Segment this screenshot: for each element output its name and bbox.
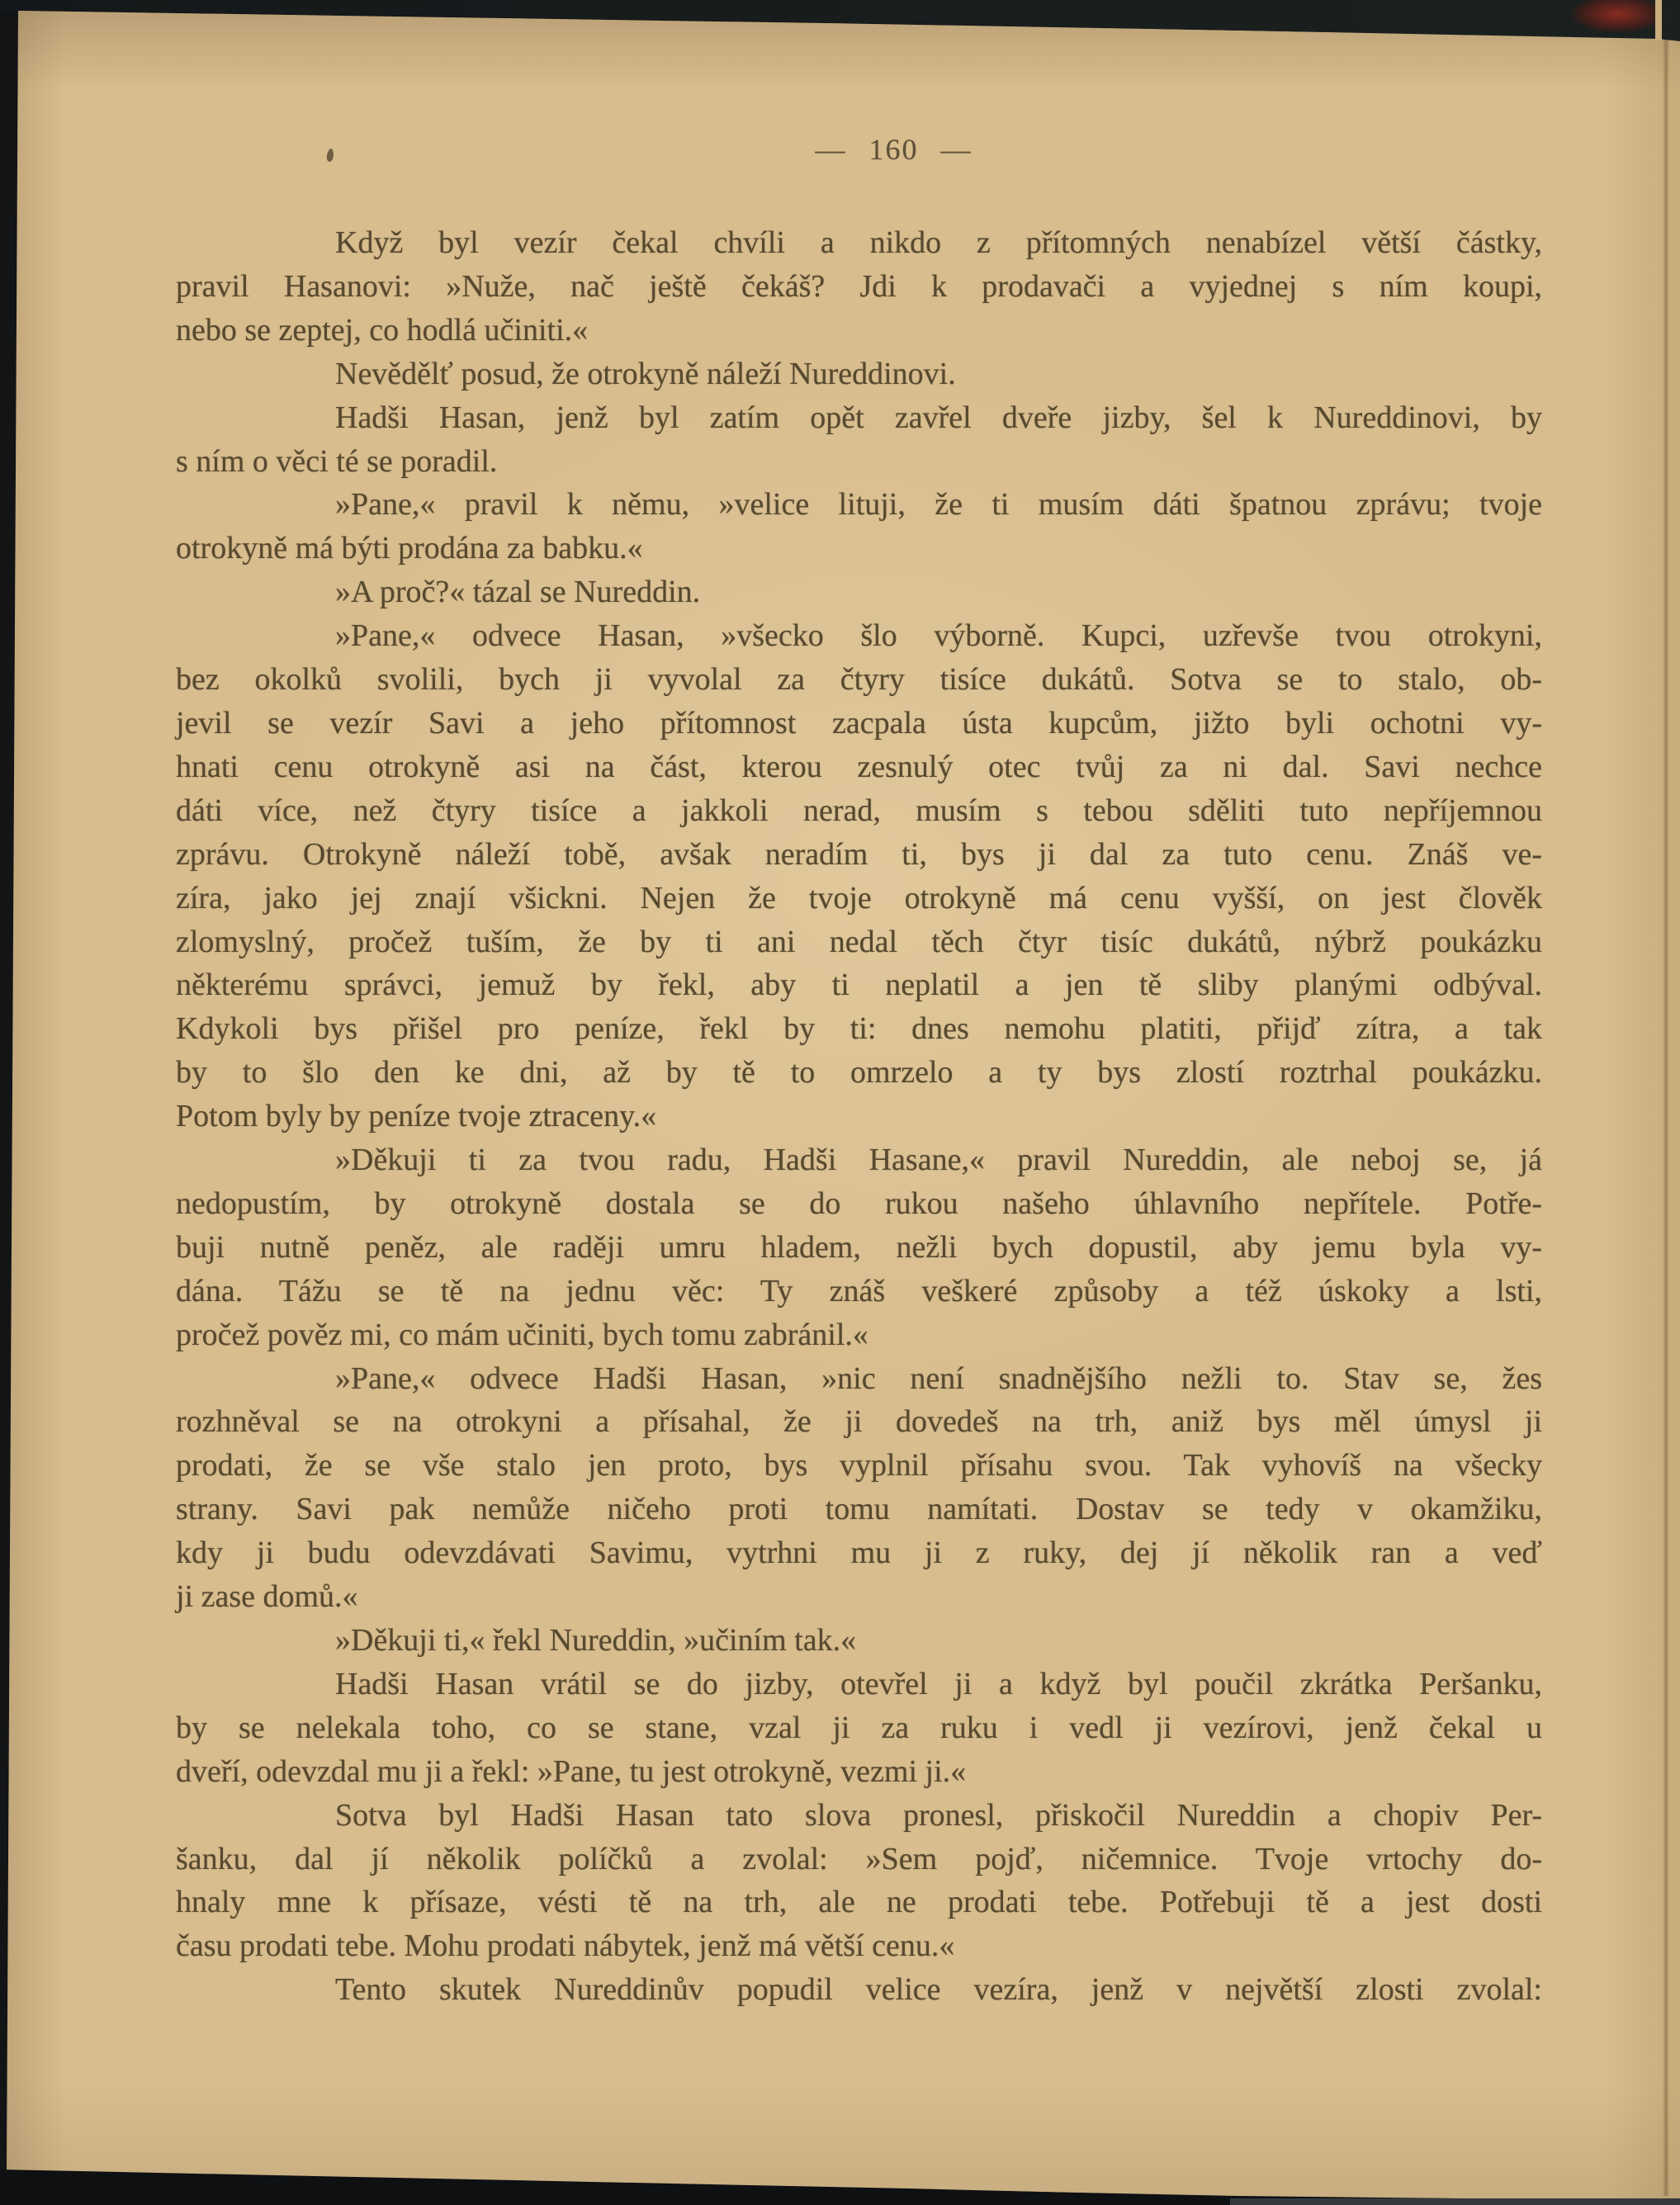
- text-line: času prodati tebe. Mohu prodati nábytek,…: [176, 1924, 1542, 1968]
- text-line: nebo se zeptej, co hodlá učiniti.«: [176, 309, 1542, 353]
- text-line: nedopustím, by otrokyně dostala se do ru…: [176, 1182, 1542, 1226]
- text-line: šanku, dal jí několik políčků a zvolal: …: [176, 1838, 1542, 1881]
- text-line: dáti více, než čtyry tisíce a jakkoli ne…: [176, 789, 1542, 833]
- text-line: Když byl vezír čekal chvíli a nikdo z př…: [176, 221, 1542, 265]
- text-line: zíra, jako jej znají všickni. Nejen že t…: [176, 877, 1542, 920]
- text-line: by se nelekala toho, co se stane, vzal j…: [176, 1706, 1542, 1750]
- bottom-right-gray-strip: [1230, 2198, 1680, 2205]
- text-line: Kdykoli bys přišel pro peníze, řekl by t…: [176, 1007, 1542, 1051]
- text-line: »Pane,« odvece Hasan, »všecko šlo výborn…: [176, 614, 1542, 658]
- text-line: »Pane,« pravil k němu, »velice lituji, ž…: [176, 483, 1542, 527]
- text-line: »Pane,« odvece Hadši Hasan, »nic není sn…: [176, 1357, 1542, 1401]
- text-line: hnati cenu otrokyně asi na část, kterou …: [176, 745, 1542, 789]
- text-line: strany. Savi pak nemůže ničeho proti tom…: [176, 1488, 1542, 1531]
- text-line: Hadši Hasan vrátil se do jizby, otevřel …: [176, 1663, 1542, 1706]
- text-line: Nevědělť posud, že otrokyně náleží Nured…: [176, 353, 1542, 396]
- text-line: otrokyně má býti prodána za babku.«: [176, 527, 1542, 570]
- body-text: Když byl vezír čekal chvíli a nikdo z př…: [176, 221, 1542, 2012]
- text-line: pročež pověz mi, co mám učiniti, bych to…: [176, 1313, 1542, 1357]
- page-edge-line-top: [1655, 0, 1662, 40]
- text-line: zlomyslný, pročež tuším, že by ti ani ne…: [176, 920, 1542, 964]
- text-line: hnaly mne k přísaze, vésti tě na trh, al…: [176, 1881, 1542, 1924]
- text-line: Potom byly by peníze tvoje ztraceny.«: [176, 1095, 1542, 1138]
- text-line: Sotva byl Hadši Hasan tato slova pronesl…: [176, 1794, 1542, 1838]
- text-line: kdy ji budu odevzdávati Savimu, vytrhni …: [176, 1531, 1542, 1575]
- page-crease: [1663, 40, 1669, 2196]
- text-line: rozhněval se na otrokyni a přísahal, že …: [176, 1400, 1542, 1444]
- text-line: některému správci, jemuž by řekl, aby ti…: [176, 963, 1542, 1007]
- book-scan-screenshot: { "page": { "number": "— 160 —" }, "colo…: [0, 0, 1680, 2205]
- text-line: »Děkuji ti za tvou radu, Hadši Hasane,« …: [176, 1138, 1542, 1182]
- text-line: Hadši Hasan, jenž byl zatím opět zavřel …: [176, 396, 1542, 440]
- text-line: buji nutně peněz, ale raději umru hladem…: [176, 1226, 1542, 1270]
- text-line: »Děkuji ti,« řekl Nureddin, »učiním tak.…: [176, 1619, 1542, 1663]
- text-line: ji zase domů.«: [176, 1575, 1542, 1619]
- text-line: dveří, odevzdal mu ji a řekl: »Pane, tu …: [176, 1750, 1542, 1794]
- page-right-edge: [1669, 40, 1680, 2201]
- text-line: prodati, že se vše stalo jen proto, bys …: [176, 1444, 1542, 1488]
- page-number: — 160 —: [211, 132, 1577, 167]
- text-line: by to šlo den ke dni, až by tě to omrzel…: [176, 1051, 1542, 1095]
- text-line: pravil Hasanovi: »Nuže, nač ještě čekáš?…: [176, 265, 1542, 309]
- text-line: »A proč?« tázal se Nureddin.: [176, 570, 1542, 614]
- text-line: zprávu. Otrokyně náleží tobě, avšak nera…: [176, 833, 1542, 877]
- binding-red-stain: [1552, 0, 1672, 40]
- text-line: Tento skutek Nureddinův popudil velice v…: [176, 1968, 1542, 2012]
- text-line: s ním o věci té se poradil.: [176, 440, 1542, 484]
- text-line: jevil se vezír Savi a jeho přítomnost za…: [176, 702, 1542, 745]
- text-line: bez okolků svolili, bych ji vyvolal za č…: [176, 658, 1542, 702]
- text-line: dána. Tážu se tě na jednu věc: Ty znáš v…: [176, 1270, 1542, 1313]
